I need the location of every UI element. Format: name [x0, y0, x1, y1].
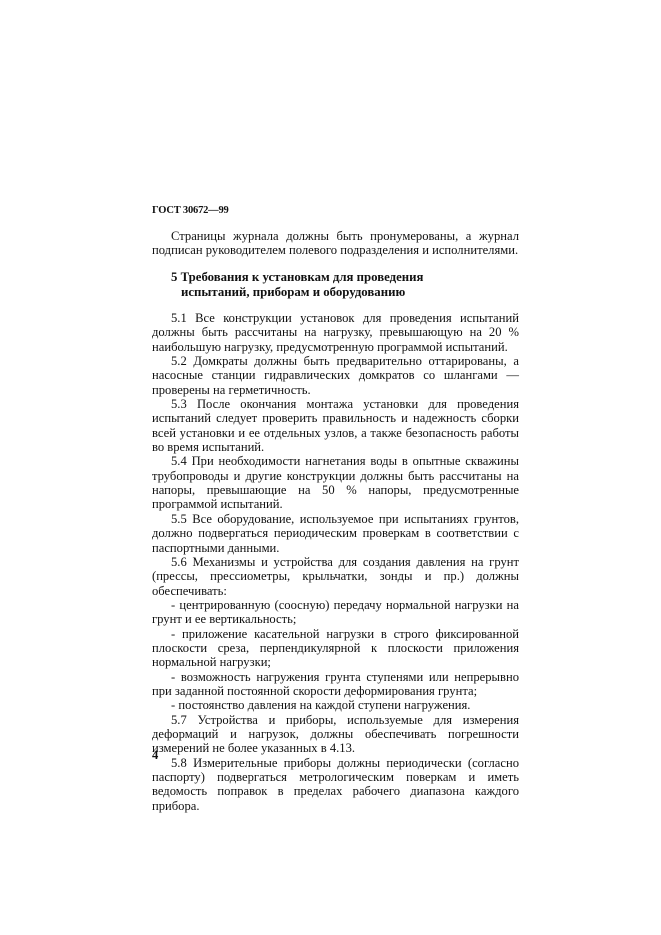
paragraph-5-3: 5.3 После окончания монтажа установки дл… — [152, 397, 519, 454]
section-title: 5 Требования к установкам для проведения… — [171, 270, 511, 300]
intro-paragraph: Страницы журнала должны быть пронумерова… — [152, 229, 519, 258]
intro-text: Страницы журнала должны быть пронумерова… — [152, 229, 519, 258]
page-number: 4 — [152, 748, 158, 763]
paragraph-5-2: 5.2 Домкраты должны быть предварительно … — [152, 354, 519, 397]
list-item: - центрированную (соосную) передачу норм… — [152, 598, 519, 627]
paragraph-5-7: 5.7 Устройства и приборы, используемые д… — [152, 713, 519, 756]
list-item: - постоянство давления на каждой ступени… — [152, 698, 519, 712]
section-title-line-2: испытаний, приборам и оборудованию — [171, 285, 511, 300]
section-title-line-1: 5 Требования к установкам для проведения — [171, 270, 423, 284]
paragraph-5-6: 5.6 Механизмы и устройства для создания … — [152, 555, 519, 598]
section-body: 5.1 Все конструкции установок для провед… — [152, 311, 519, 813]
document-header: ГОСТ 30672—99 — [152, 205, 229, 216]
paragraph-5-1: 5.1 Все конструкции установок для провед… — [152, 311, 519, 354]
paragraph-5-4: 5.4 При необходимости нагнетания воды в … — [152, 454, 519, 511]
list-item: - приложение касательной нагрузки в стро… — [152, 627, 519, 670]
paragraph-5-8: 5.8 Измерительные приборы должны периоди… — [152, 756, 519, 813]
paragraph-5-5: 5.5 Все оборудование, используемое при и… — [152, 512, 519, 555]
list-item: - возможность нагружения грунта ступеням… — [152, 670, 519, 699]
